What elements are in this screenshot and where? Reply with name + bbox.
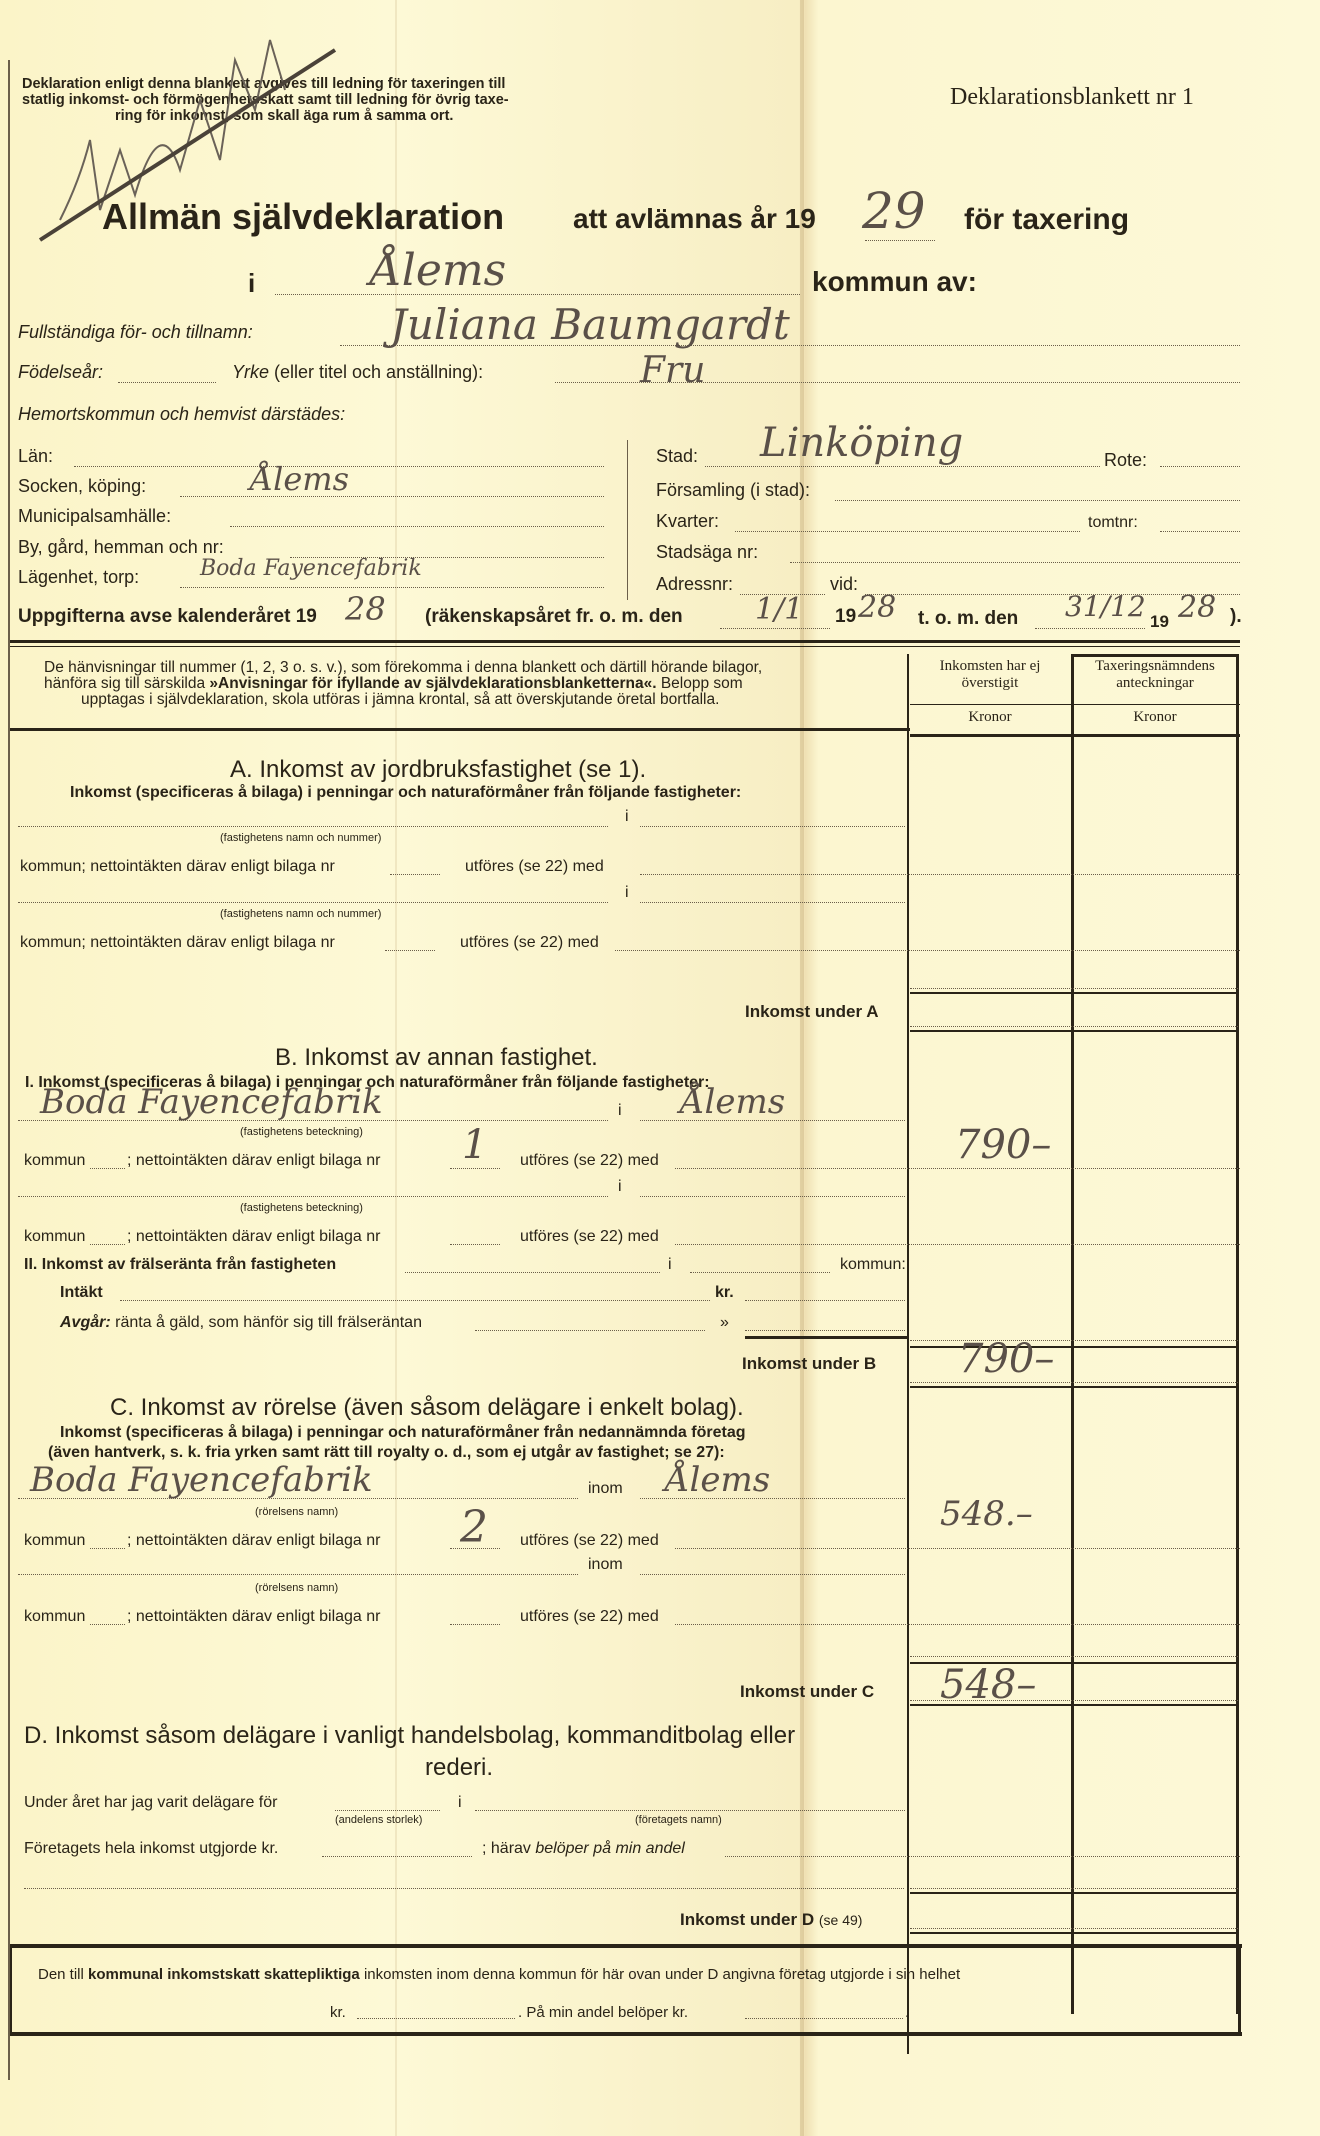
title-year-line bbox=[865, 240, 935, 241]
form-number: Deklarationsblankett nr 1 bbox=[950, 84, 1194, 111]
b-intakt-field[interactable] bbox=[745, 1300, 905, 1301]
b-row1-kommun: kommun bbox=[24, 1152, 85, 1170]
name-label: Fullständiga för- och tillnamn: bbox=[18, 322, 253, 343]
b-avgar-row: Avgår: ränta å gäld, som hänför sig till… bbox=[60, 1314, 422, 1332]
reference-note: De hänvisningar till nummer (1, 2, 3 o. … bbox=[44, 660, 762, 708]
kommun-prefix: i bbox=[248, 268, 255, 299]
b-ii-property-field[interactable] bbox=[405, 1272, 660, 1273]
period-from-19: 19 bbox=[835, 606, 856, 628]
b-sub-ii: II. Inkomst av frälseränta från fastighe… bbox=[24, 1256, 336, 1274]
c-row2-kommun-field[interactable] bbox=[90, 1624, 125, 1625]
d-company-field[interactable] bbox=[475, 1810, 905, 1811]
d-caption2: (företagets namn) bbox=[635, 1814, 722, 1826]
d-row2-text2: ; härav bbox=[482, 1840, 531, 1857]
c-total-rule bbox=[910, 1704, 1238, 1706]
b-bilaga2-field[interactable] bbox=[450, 1244, 500, 1245]
note-emphasis: »Anvisningar för ifyllande av självdekla… bbox=[209, 675, 656, 692]
b-caption: (fastighetens beteckning) bbox=[240, 1126, 363, 1138]
a-caption: (fastighetens namn och nummer) bbox=[220, 832, 381, 844]
address-divider bbox=[627, 440, 628, 600]
b-bilaga1-line bbox=[450, 1168, 500, 1169]
a-subtotal-field[interactable] bbox=[910, 988, 1238, 989]
b-intakt-label: Intäkt bbox=[60, 1284, 103, 1302]
municipal-field[interactable] bbox=[230, 526, 604, 527]
title-submit-year-label: att avlämnas år 19 bbox=[573, 203, 816, 235]
b-row2-kommun-field[interactable] bbox=[90, 1244, 125, 1245]
period-close: ). bbox=[1230, 606, 1242, 628]
c-row2-kommun: kommun bbox=[24, 1608, 85, 1626]
c-inom-label: inom bbox=[588, 1556, 623, 1574]
period-from-field[interactable]: 1/1 bbox=[755, 592, 803, 627]
b-row1-kommun-field[interactable] bbox=[90, 1168, 125, 1169]
a-i-label: i bbox=[625, 808, 629, 826]
b-i-label: i bbox=[618, 1178, 622, 1196]
b-kommun2-field[interactable] bbox=[640, 1196, 905, 1197]
d-extra-line[interactable] bbox=[24, 1888, 904, 1889]
c-row1-text: ; nettointäkten därav enligt bilaga nr bbox=[127, 1532, 381, 1550]
socken-field[interactable]: Ålems bbox=[250, 460, 349, 498]
footer-top-rule bbox=[10, 1944, 1242, 1948]
vid-label: vid: bbox=[830, 574, 858, 595]
municipal-label: Municipalsamhälle: bbox=[18, 506, 171, 527]
title-for-taxering: för taxering bbox=[964, 203, 1129, 237]
footer-right-border bbox=[1238, 1944, 1241, 2034]
a-i-label: i bbox=[625, 884, 629, 902]
d-total-ref: (se 49) bbox=[819, 1912, 863, 1928]
col1-header: Inkomsten har ej överstigit bbox=[910, 658, 1070, 692]
d-subtotal-field[interactable] bbox=[910, 1888, 1238, 1889]
section-d-total-field[interactable] bbox=[910, 1928, 1238, 1929]
divider-rule bbox=[10, 728, 910, 731]
c-row1-text2: utföres (se 22) med bbox=[520, 1532, 659, 1550]
note-line: Belopp som bbox=[661, 675, 743, 692]
rote-label: Rote: bbox=[1104, 450, 1147, 471]
footer-share-field[interactable] bbox=[745, 2018, 903, 2019]
b-caption: (fastighetens beteckning) bbox=[240, 1202, 363, 1214]
section-c-total-label: Inkomst under C bbox=[740, 1682, 874, 1702]
footer-text: inkomsten inom denna kommun för här ovan… bbox=[364, 1966, 960, 1983]
a-subtotal-rule bbox=[910, 992, 1238, 994]
b-row2-text2: utföres (se 22) med bbox=[520, 1228, 659, 1246]
section-a-subtitle: Inkomst (specificeras å bilaga) i pennin… bbox=[70, 784, 741, 802]
c-row1-kommun: kommun bbox=[24, 1532, 85, 1550]
section-c-subtitle1: Inkomst (specificeras å bilaga) i pennin… bbox=[60, 1424, 745, 1442]
residence-label: Hemortskommun och hemvist därstädes: bbox=[18, 404, 345, 425]
period-fiscal-label: (räkenskapsåret fr. o. m. den bbox=[425, 606, 683, 628]
section-b-total-label: Inkomst under B bbox=[742, 1354, 876, 1374]
section-d-total-label: Inkomst under D (se 49) bbox=[680, 1910, 862, 1930]
forsamling-label: Församling (i stad): bbox=[656, 480, 810, 501]
a-kommun1-field[interactable] bbox=[640, 826, 905, 827]
c-business1-field[interactable]: Boda Fayencefabrik bbox=[30, 1460, 373, 1500]
section-a-title: A. Inkomst av jordbruksfastighet (se 1). bbox=[230, 756, 646, 784]
column-divider bbox=[1071, 654, 1074, 2014]
stadsaga-label: Stadsäga nr: bbox=[656, 542, 758, 563]
rote-field[interactable] bbox=[1160, 466, 1240, 467]
a-amount2-field[interactable] bbox=[615, 950, 1240, 951]
tomtnr-label: tomtnr: bbox=[1088, 514, 1138, 532]
period-to-19: 19 bbox=[1150, 612, 1169, 632]
kvarter-label: Kvarter: bbox=[656, 511, 719, 532]
period-label: Uppgifterna avse kalenderåret 19 bbox=[18, 606, 317, 628]
d-total-label-text: Inkomst under D bbox=[680, 1910, 814, 1929]
paper-fold bbox=[800, 0, 804, 2136]
note-line: hänföra sig till särskilda bbox=[44, 675, 205, 692]
kommun-suffix: kommun av: bbox=[812, 266, 977, 298]
b-ii-kommun-label: kommun: bbox=[840, 1256, 906, 1274]
a-kommun2-field[interactable] bbox=[640, 902, 905, 903]
adressnr-label: Adressnr: bbox=[656, 574, 733, 595]
lan-label: Län: bbox=[18, 446, 53, 467]
section-b-total-field[interactable]: 790– bbox=[958, 1336, 1054, 1382]
c-caption: (rörelsens namn) bbox=[255, 1506, 338, 1518]
c-amount1-field[interactable]: 548.– bbox=[940, 1494, 1033, 1534]
a-property1-field[interactable] bbox=[18, 826, 608, 827]
footer-kr-label: kr. bbox=[330, 2004, 346, 2021]
c-bilaga2-field[interactable] bbox=[450, 1624, 500, 1625]
lagenhet-label: Lägenhet, torp: bbox=[18, 567, 139, 588]
footer-left-border bbox=[10, 1944, 12, 2034]
footer-line1: Den till kommunal inkomstskatt skattepli… bbox=[38, 1966, 960, 1983]
b-amount1-line bbox=[675, 1168, 1240, 1169]
b-amount1-field[interactable]: 790– bbox=[955, 1122, 1051, 1168]
period-tom-label: t. o. m. den bbox=[918, 608, 1018, 630]
a-total-rule bbox=[910, 1030, 1238, 1032]
b-property2-field[interactable] bbox=[18, 1196, 608, 1197]
header-rule bbox=[910, 704, 1240, 705]
b-i-label: i bbox=[668, 1256, 672, 1274]
period-to-field[interactable]: 31/12 bbox=[1065, 590, 1146, 623]
footer-andel-label: . På min andel belöper kr. bbox=[518, 2004, 688, 2021]
kommun-line bbox=[275, 294, 800, 295]
b-avgar-text: ränta å gäld, som hänför sig till frälse… bbox=[115, 1314, 422, 1331]
footer-text: Den till bbox=[38, 1966, 84, 1983]
d-caption1: (andelens storlek) bbox=[335, 1814, 422, 1826]
tomtnr-field[interactable] bbox=[1160, 531, 1240, 532]
b-avgar-rule bbox=[745, 1336, 908, 1339]
note-line: upptagas i självdeklaration, skola utför… bbox=[44, 692, 762, 708]
a-row2-text: kommun; nettointäkten därav enligt bilag… bbox=[20, 934, 335, 952]
section-b-title: B. Inkomst av annan fastighet. bbox=[275, 1044, 598, 1072]
section-a-total-field[interactable] bbox=[910, 1026, 1238, 1027]
column-divider bbox=[907, 654, 909, 2054]
by-gard-label: By, gård, hemman och nr: bbox=[18, 537, 224, 558]
a-row1-text2: utföres (se 22) med bbox=[465, 858, 604, 876]
column-top bbox=[1071, 654, 1239, 657]
d-row2-text3: belöper på min andel bbox=[535, 1840, 684, 1857]
b-kr-label: kr. bbox=[715, 1284, 734, 1302]
lagenhet-field[interactable]: Boda Fayencefabrik bbox=[200, 556, 422, 581]
b-amount2-field[interactable] bbox=[675, 1244, 1240, 1245]
c-total-line bbox=[910, 1700, 1238, 1701]
c-row2-text2: utföres (se 22) med bbox=[520, 1608, 659, 1626]
d-row1-text: Under året har jag varit delägare för bbox=[24, 1794, 277, 1812]
kvarter-field[interactable] bbox=[735, 531, 1080, 532]
c-kommun1-field[interactable]: Ålems bbox=[665, 1460, 770, 1500]
left-border bbox=[8, 60, 10, 2080]
a-caption: (fastighetens namn och nummer) bbox=[220, 908, 381, 920]
footer-emphasis: kommunal inkomstskatt skattepliktiga bbox=[88, 1966, 360, 1983]
c-kommun2-field[interactable] bbox=[640, 1574, 905, 1575]
lagenhet-line bbox=[180, 587, 604, 588]
b-avgar-label: Avgår: bbox=[60, 1314, 111, 1331]
period-to-line bbox=[1035, 628, 1145, 629]
b-total-rule bbox=[910, 1386, 1238, 1388]
socken-label: Socken, köping: bbox=[18, 476, 146, 497]
col2-unit: Kronor bbox=[1074, 709, 1236, 726]
d-total-rule bbox=[910, 1932, 1238, 1934]
section-d-title-line2: rederi. bbox=[425, 1754, 493, 1782]
a-amount1-field[interactable] bbox=[640, 874, 1240, 875]
d-i-label: i bbox=[458, 1794, 462, 1812]
c-caption: (rörelsens namn) bbox=[255, 1582, 338, 1594]
b-ii-kommun-field[interactable] bbox=[690, 1272, 830, 1273]
stad-field[interactable]: Linköping bbox=[760, 420, 963, 466]
a-row2-text2: utföres (se 22) med bbox=[460, 934, 599, 952]
occupation-field[interactable]: Fru bbox=[640, 350, 705, 391]
c-inom-label: inom bbox=[588, 1480, 623, 1498]
header-rule bbox=[910, 734, 1240, 737]
d-share-amount-field[interactable] bbox=[725, 1856, 1240, 1857]
d-subtotal-rule bbox=[910, 1892, 1238, 1894]
b-avgar-line bbox=[475, 1330, 705, 1331]
note-line: De hänvisningar till nummer (1, 2, 3 o. … bbox=[44, 660, 762, 676]
birth-label: Födelseår: bbox=[18, 362, 103, 383]
d-share-field[interactable] bbox=[335, 1810, 440, 1811]
section-c-title: C. Inkomst av rörelse (även såsom deläga… bbox=[110, 1394, 744, 1422]
a-property2-field[interactable] bbox=[18, 902, 608, 903]
footer-total-field[interactable] bbox=[357, 2018, 515, 2019]
period-to-year-field[interactable]: 28 bbox=[1178, 590, 1216, 625]
column-divider bbox=[1236, 654, 1239, 2014]
b-row2-kommun: kommun bbox=[24, 1228, 85, 1246]
b-avgar-field[interactable] bbox=[745, 1330, 905, 1331]
birth-field[interactable] bbox=[118, 382, 216, 383]
page-title: Allmän självdeklaration bbox=[102, 196, 504, 238]
b-total-line bbox=[910, 1382, 1238, 1383]
stad-label: Stad: bbox=[656, 446, 698, 467]
c-amount1-line bbox=[675, 1548, 1240, 1549]
d-row2-text1: Företagets hela inkomst utgjorde kr. bbox=[24, 1840, 278, 1858]
b-kommun1-field[interactable]: Ålems bbox=[680, 1082, 785, 1122]
c-amount2-field[interactable] bbox=[675, 1624, 1240, 1625]
period-from-line bbox=[720, 628, 830, 629]
c-row2-text: ; nettointäkten därav enligt bilaga nr bbox=[127, 1608, 381, 1626]
b-ditto: » bbox=[720, 1314, 729, 1332]
b-row1-text: ; nettointäkten därav enligt bilaga nr bbox=[127, 1152, 381, 1170]
stad-line bbox=[705, 466, 1100, 467]
socken-line bbox=[180, 496, 604, 497]
b-bilaga1-field[interactable]: 1 bbox=[462, 1122, 487, 1168]
stadsaga-field[interactable] bbox=[790, 562, 1240, 563]
a-bilaga1-field[interactable] bbox=[390, 874, 440, 875]
footer-close: . bbox=[905, 2004, 909, 2021]
title-year-handwritten[interactable]: 29 bbox=[862, 182, 926, 240]
c-bilaga1-field[interactable]: 2 bbox=[460, 1502, 488, 1553]
c-row1-kommun-field[interactable] bbox=[90, 1548, 125, 1549]
footer-bottom-rule bbox=[10, 2032, 1242, 2036]
period-year-field[interactable]: 28 bbox=[345, 590, 386, 628]
b-i-label: i bbox=[618, 1102, 622, 1120]
name-field[interactable]: Juliana Baumgardt bbox=[390, 300, 790, 349]
divider-rule bbox=[10, 640, 1240, 643]
b-intakt-line bbox=[120, 1300, 710, 1301]
occupation-label: Yrke (eller titel och anställning): bbox=[232, 362, 483, 383]
a-row1-text: kommun; nettointäkten därav enligt bilag… bbox=[20, 858, 335, 876]
col1-unit: Kronor bbox=[910, 709, 1070, 726]
section-a-total-label: Inkomst under A bbox=[745, 1002, 879, 1022]
kommun-handwritten[interactable]: Ålems bbox=[370, 245, 506, 296]
b-property1-field[interactable]: Boda Fayencefabrik bbox=[40, 1082, 383, 1122]
section-c-total-field[interactable]: 548– bbox=[940, 1662, 1036, 1708]
c-subtotal-field[interactable] bbox=[910, 1656, 1238, 1657]
b-row1-text2: utföres (se 22) med bbox=[520, 1152, 659, 1170]
col2-header: Taxeringsnämndens anteckningar bbox=[1074, 658, 1236, 692]
b-row2-text: ; nettointäkten därav enligt bilaga nr bbox=[127, 1228, 381, 1246]
d-row2-text: ; härav belöper på min andel bbox=[482, 1840, 685, 1858]
a-bilaga2-field[interactable] bbox=[385, 950, 435, 951]
c-business2-field[interactable] bbox=[18, 1574, 578, 1575]
forsamling-field[interactable] bbox=[835, 500, 1240, 501]
d-company-income-field[interactable] bbox=[322, 1856, 472, 1857]
section-d-title-line1: D. Inkomst såsom delägare i vanligt hand… bbox=[24, 1722, 795, 1750]
period-from-year-field[interactable]: 28 bbox=[858, 590, 896, 625]
divider-rule bbox=[10, 646, 1240, 647]
